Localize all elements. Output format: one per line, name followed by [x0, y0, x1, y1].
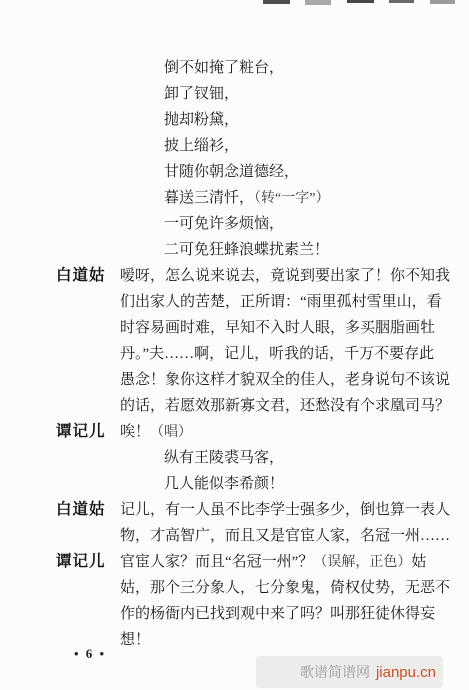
script-line: 披上缁衫，: [0, 133, 469, 159]
watermark-site-name: 歌谱简谱网: [300, 662, 370, 682]
line-text: 二可免狂蜂浪蝶扰素兰！: [164, 242, 329, 258]
page-number: • 6 •: [74, 646, 106, 662]
line-text: 甘随你朝念道德经，: [164, 164, 299, 180]
script-text-block: 倒不如掩了粧台， 卸了钗钿， 抛却粉黛， 披上缁衫， 甘随你朝念道德经， 暮送三…: [0, 55, 469, 653]
script-line: 物，才高智广，而且又是官宦人家，名冠一州……: [0, 523, 469, 549]
line-text: 倒不如掩了粧台，: [164, 60, 284, 76]
line-text: 一可免许多烦恼，: [164, 216, 284, 232]
line-text: 官宦人家？而且“名冠一州”？: [120, 554, 313, 570]
line-text: 披上缁衫，: [164, 138, 239, 154]
watermark-site-url: jianpu.cn: [376, 664, 436, 681]
script-line: 几人能似李希颜！: [0, 471, 469, 497]
script-line: 谭记儿官宦人家？而且“名冠一州”？（误解，正色）姑: [0, 549, 469, 575]
speaker-name: 谭记儿: [56, 549, 106, 575]
stage-direction: （误解，正色）: [313, 555, 411, 570]
stage-direction: （转“一字”）: [254, 191, 329, 206]
line-text: 暮送三清忏，: [164, 190, 254, 206]
script-line: 愚念！象你这样才貌双全的佳人，老身说句不该说: [0, 367, 469, 393]
speaker-name: 白道姑: [56, 263, 106, 289]
line-text: 物，才高智广，而且又是官宦人家，名冠一州……: [120, 528, 450, 544]
script-line: 姑，那个三分象人，七分象鬼，倚权仗势，无恶不: [0, 575, 469, 601]
line-text: 姑: [411, 554, 426, 570]
script-line: 想！: [0, 627, 469, 653]
line-text: 卸了钗钿，: [164, 86, 239, 102]
script-line: 甘随你朝念道德经，: [0, 159, 469, 185]
line-text: 记儿，有一人虽不比李学士强多少，倒也算一表人: [120, 502, 450, 518]
line-text: 丹。”夫……啊，记儿，听我的话，千万不要存此: [120, 346, 434, 362]
page-top-tick: [305, 0, 331, 5]
script-line: 白道姑记儿，有一人虽不比李学士强多少，倒也算一表人: [0, 497, 469, 523]
line-text: 们出家人的苦楚，正所谓：“雨里孤村雪里山，看: [120, 294, 442, 310]
script-line: 丹。”夫……啊，记儿，听我的话，千万不要存此: [0, 341, 469, 367]
book-page: 倒不如掩了粧台， 卸了钗钿， 抛却粉黛， 披上缁衫， 甘随你朝念道德经， 暮送三…: [0, 0, 469, 690]
script-line: 作的杨衙内已找到观中来了吗？叫那狂徒休得妄: [0, 601, 469, 627]
script-line: 的话，若愿效那新寡文君，还愁没有个求凰司马？: [0, 393, 469, 419]
line-text: 姑，那个三分象人，七分象鬼，倚权仗势，无恶不: [120, 580, 450, 596]
script-line: 谭记儿唉！（唱）: [0, 419, 469, 445]
script-line: 二可免狂蜂浪蝶扰素兰！: [0, 237, 469, 263]
script-line: 抛却粉黛，: [0, 107, 469, 133]
speaker-name: 谭记儿: [56, 419, 106, 445]
line-text: 的话，若愿效那新寡文君，还愁没有个求凰司马？: [120, 398, 450, 414]
page-top-tick: [389, 0, 414, 3]
line-text: 唉！: [120, 424, 150, 440]
speaker-name: 白道姑: [56, 497, 106, 523]
stage-direction: （唱）: [150, 425, 192, 440]
line-text: 嗳呀，怎么说来说去，竟说到要出家了！你不知我: [120, 268, 450, 284]
script-line: 纵有王陵裘马客，: [0, 445, 469, 471]
line-text: 时容易画时难，早知不入时人眼，多买胭脂画牡: [120, 320, 435, 336]
script-line: 暮送三清忏，（转“一字”）: [0, 185, 469, 211]
page-top-tick: [347, 0, 374, 3]
line-text: 几人能似李希颜！: [164, 476, 284, 492]
page-top-tick: [430, 0, 455, 4]
line-text: 纵有王陵裘马客，: [164, 450, 284, 466]
script-line: 倒不如掩了粧台，: [0, 55, 469, 81]
watermark: 歌谱简谱网 jianpu.cn: [256, 656, 443, 688]
line-text: 想！: [120, 632, 150, 648]
line-text: 抛却粉黛，: [164, 112, 239, 128]
script-line: 时容易画时难，早知不入时人眼，多买胭脂画牡: [0, 315, 469, 341]
line-text: 作的杨衙内已找到观中来了吗？叫那狂徒休得妄: [120, 606, 435, 622]
script-line: 们出家人的苦楚，正所谓：“雨里孤村雪里山，看: [0, 289, 469, 315]
line-text: 愚念！象你这样才貌双全的佳人，老身说句不该说: [120, 372, 450, 388]
script-line: 白道姑嗳呀，怎么说来说去，竟说到要出家了！你不知我: [0, 263, 469, 289]
page-top-tick: [263, 0, 290, 4]
script-line: 一可免许多烦恼，: [0, 211, 469, 237]
script-line: 卸了钗钿，: [0, 81, 469, 107]
